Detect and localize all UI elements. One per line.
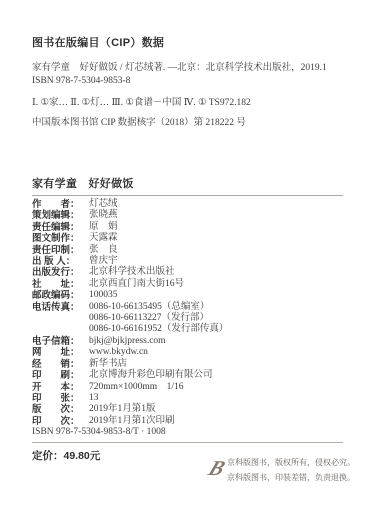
colophon-value: 北京科学技术出版社	[89, 267, 175, 278]
colophon-row-print-supervisor: 责任印制：张 良	[32, 245, 343, 256]
colophon-row-phone-1: 电话传真：0086-10-66135495（总编室）	[32, 302, 343, 313]
colophon-value: 天露霖	[89, 233, 118, 244]
colophon-value: 原 娟	[89, 222, 118, 233]
colophon-label: 印 次：	[32, 416, 89, 427]
colophon-row-responsible-editor: 责任编辑：原 娟	[32, 222, 343, 233]
colophon-value: 720mm×1000mm 1/16	[89, 382, 184, 393]
colophon-value: www.bkydw.cn	[89, 347, 148, 358]
colophon-label: 版 次：	[32, 404, 89, 415]
copyright-page: 图书在版编目（CIP）数据 家有学童 好好做饭 / 灯芯绒著. —北京：北京科学…	[0, 0, 375, 516]
colophon-row-phone-3: 0086-10-66161952（发行部传真）	[32, 324, 343, 335]
notice-returns: 京科版图书，印装差错，负责退换。	[227, 470, 355, 485]
colophon-label: 责任印制：	[32, 245, 89, 256]
copyright-notice: B 京科版图书，版权所有，侵权必究。 京科版图书，印装差错，负责退换。	[210, 455, 355, 485]
colophon-label: 电子信箱：	[32, 336, 89, 347]
notice-lines: 京科版图书，版权所有，侵权必究。 京科版图书，印装差错，负责退换。	[227, 455, 355, 485]
cip-line-classification: Ⅰ. ①家… Ⅱ. ①灯… Ⅲ. ①食谱－中国 Ⅳ. ① TS972.182	[32, 97, 355, 110]
price-value: 49.80元	[64, 450, 101, 462]
notice-rights: 京科版图书，版权所有，侵权必究。	[227, 455, 355, 470]
colophon-row-edition: 版 次：2019年1月第1版	[32, 404, 343, 415]
colophon-row-phone-2: 0086-10-66113227（发行部）	[32, 313, 343, 324]
colophon-value: 100035	[89, 290, 118, 301]
colophon-row-postcode: 邮政编码：100035	[32, 290, 343, 301]
colophon-label: 图文制作：	[32, 233, 89, 244]
colophon-value: 灯芯绒	[89, 199, 118, 210]
colophon-label: 社 址：	[32, 279, 89, 290]
colophon-label	[32, 313, 89, 324]
colophon-row-distributor: 经 销：新华书店	[32, 359, 343, 370]
colophon-value: 张 良	[89, 245, 118, 256]
cip-line-registry: 中国版本图书馆 CIP 数据核字（2018）第 218222 号	[32, 117, 355, 130]
colophon-label: 印 张：	[32, 393, 89, 404]
cip-heading: 图书在版编目（CIP）数据	[32, 34, 355, 50]
colophon-label: 网 址：	[32, 347, 89, 358]
colophon-row-printer: 印 刷：北京博海升彩色印刷有限公司	[32, 370, 343, 381]
colophon-row-author: 作 者：灯芯绒	[32, 199, 343, 210]
colophon-label: 责任编辑：	[32, 222, 89, 233]
colophon-label: 印 刷：	[32, 370, 89, 381]
colophon-row-sheets: 印 张：13	[32, 393, 343, 404]
colophon-value: 北京博海升彩色印刷有限公司	[89, 370, 213, 381]
colophon-isbn: ISBN 978-7-5304-9853-8/T · 1008	[32, 427, 343, 438]
cip-line-isbn: ISBN 978-7-5304-9853-8	[32, 75, 355, 88]
price-label: 定价：	[32, 450, 64, 462]
colophon-value: 2019年1月第1次印刷	[89, 416, 175, 427]
colophon-value: 0086-10-66161952（发行部传真）	[89, 324, 228, 335]
colophon-label: 策划编辑：	[32, 210, 89, 221]
book-title: 家有学童 好好做饭	[32, 175, 343, 196]
colophon-label: 经 销：	[32, 359, 89, 370]
colophon-row-website: 网 址：www.bkydw.cn	[32, 347, 343, 358]
colophon-rows: 作 者：灯芯绒 策划编辑：张晓燕 责任编辑：原 娟 图文制作：天露霖 责任印制：…	[32, 199, 343, 439]
colophon-row-publisher-person: 出 版 人：曾庆宇	[32, 256, 343, 267]
colophon-label	[32, 324, 89, 335]
colophon-value: 0086-10-66135495（总编室）	[89, 302, 209, 313]
colophon-row-impression: 印 次：2019年1月第1次印刷	[32, 416, 343, 427]
colophon-block: 家有学童 好好做饭 作 者：灯芯绒 策划编辑：张晓燕 责任编辑：原 娟 图文制作…	[32, 175, 343, 463]
colophon-label: 出版发行：	[32, 267, 89, 278]
colophon-row-publishing-house: 出版发行：北京科学技术出版社	[32, 267, 343, 278]
colophon-value: 曾庆宇	[89, 256, 118, 267]
colophon-label: 邮政编码：	[32, 290, 89, 301]
colophon-label: 开 本：	[32, 382, 89, 393]
colophon-value: 北京西直门南大街16号	[89, 279, 184, 290]
colophon-label: 电话传真：	[32, 302, 89, 313]
cip-block: 图书在版编目（CIP）数据 家有学童 好好做饭 / 灯芯绒著. —北京：北京科学…	[32, 34, 355, 130]
colophon-label: 出 版 人：	[32, 256, 89, 267]
colophon-row-address: 社 址：北京西直门南大街16号	[32, 279, 343, 290]
colophon-value: 13	[89, 393, 99, 404]
colophon-row-email: 电子信箱：bjkj@bjkjpress.com	[32, 336, 343, 347]
colophon-label: 作 者：	[32, 199, 89, 210]
colophon-row-layout: 图文制作：天露霖	[32, 233, 343, 244]
colophon-value: 2019年1月第1版	[89, 404, 156, 415]
colophon-value: bjkj@bjkjpress.com	[89, 336, 166, 347]
colophon-value: 张晓燕	[89, 210, 118, 221]
cip-line-title: 家有学童 好好做饭 / 灯芯绒著. —北京：北京科学技术出版社，2019.1	[32, 62, 355, 75]
colophon-value: 新华书店	[89, 359, 127, 370]
colophon-row-format: 开 本：720mm×1000mm 1/16	[32, 382, 343, 393]
colophon-value: 0086-10-66113227（发行部）	[89, 313, 209, 324]
colophon-row-planning-editor: 策划编辑：张晓燕	[32, 210, 343, 221]
